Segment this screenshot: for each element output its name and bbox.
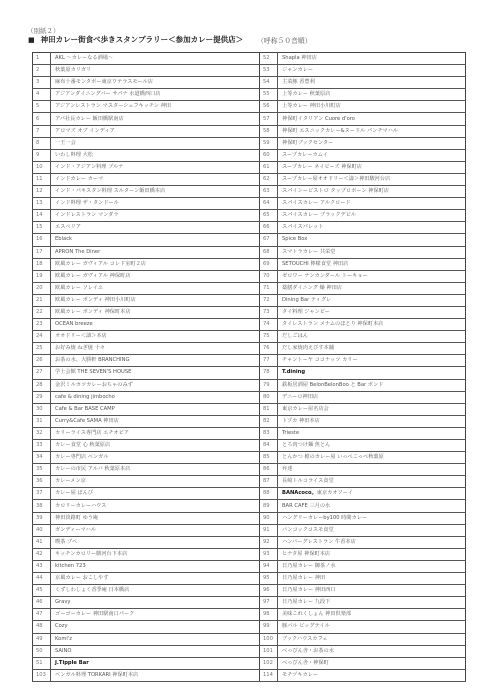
- table-row: 11インドカレー カーマ62スープカレー屋オオドリー＜濤＞神田駿河台店: [33, 173, 466, 185]
- shop-number-right: 74: [260, 319, 278, 331]
- table-row: 22欧風カレー ボンディ 神保町本店73タイ料理 ジャンピー: [33, 306, 466, 318]
- shop-name-left: インド・パキスタン料理 スルターン飯田橋本店: [51, 186, 260, 198]
- table-row: 17APRON The Diner68スマトラカレー 共栄堂: [33, 246, 466, 258]
- shop-name-right: 日乃屋カレー 御茶ノ水: [278, 560, 466, 572]
- shop-number-right: 63: [260, 186, 278, 198]
- table-row: 51J.Tipple Bar102べっぴん舎・神保町: [33, 657, 466, 669]
- shop-number-left: 23: [33, 319, 51, 331]
- shop-name-right: トプカ 神田本店: [278, 415, 466, 427]
- shop-number-left: 32: [33, 427, 51, 439]
- shop-number-right: 68: [260, 246, 278, 258]
- sort-note: （呼称５０音順）: [257, 35, 311, 45]
- shop-name-left: キッチンカロリー駿河台下本店: [51, 548, 260, 560]
- shop-number-left: 22: [33, 306, 51, 318]
- shop-name-left: オオドリー＜濤＞本店: [51, 331, 260, 343]
- shop-name-left: エスペリア: [51, 222, 260, 234]
- table-row: 39神田淡路町 ゆう庵90ハングリーカレーby100 時間カレー: [33, 512, 466, 524]
- shop-name-left: アロマズ オブ インディア: [51, 125, 260, 137]
- shop-number-left: 40: [33, 524, 51, 536]
- shop-name-right: T.dining: [278, 367, 466, 379]
- shop-name-left: Cafe & Bar BASE CAMP: [51, 403, 260, 415]
- shop-number-right: 81: [260, 403, 278, 415]
- shop-number-right: 82: [260, 415, 278, 427]
- shop-name-left: cafe & dining jimbocho: [51, 391, 260, 403]
- shop-name-left: 麻布十番モンタボー東京ワテラスモール店: [51, 77, 260, 89]
- shop-number-right: 88: [260, 488, 278, 500]
- shop-number-right: 92: [260, 536, 278, 548]
- table-row: 7アロマズ オブ インディア58神保町 エスニックカレー&ヌードル パンチマハル: [33, 125, 466, 137]
- shop-number-right: 87: [260, 476, 278, 488]
- shop-name-right: べっぴん舎・お茶の水: [278, 645, 466, 657]
- table-row: 1AKL 〜カレーなる酒場〜52Shapla 神田店: [33, 53, 466, 65]
- shop-name-right: スマトラカレー 共栄堂: [278, 246, 466, 258]
- shop-name-right: 美味これくしょん 神田倶楽部: [278, 609, 466, 621]
- shop-number-right: 60: [260, 149, 278, 161]
- shop-name-left: カレーの市民 アルバ 秋葉原本店: [51, 464, 260, 476]
- shop-name-right: バンコックコスモ食堂: [278, 524, 466, 536]
- table-row: 18欧風カレー ガヴィアル コレド室町２店69SETOUCHI 檸檬食堂 神田店: [33, 258, 466, 270]
- document-title: 神田カレー街食べ歩きスタンプラリー＜参加カレー提供店＞: [41, 34, 244, 45]
- shop-name-left: お好み焼 ねぎ焼 十々: [51, 343, 260, 355]
- shop-name-right: ブックハウスカフェ: [278, 633, 466, 645]
- shop-name-right: スパイシービストロ タップロボーン 神保町店: [278, 186, 466, 198]
- shop-number-left: 49: [33, 633, 51, 645]
- shop-name-right: チャントーヤ ココナッツ カリー: [278, 355, 466, 367]
- table-row: 34カレー専門店 ベンガル85とんかつ 檍のカレー屋 いっぺこっぺ秋葉原: [33, 452, 466, 464]
- shop-name-right: ヒナタ屋 神保町本店: [278, 548, 466, 560]
- shop-name-left: 欧風カレー ガヴィアル コレド室町２店: [51, 258, 260, 270]
- shop-name-right: だしごはん: [278, 331, 466, 343]
- table-row: 8一王一会59神保町ブックセンター: [33, 137, 466, 149]
- shop-name-right: モチヅキカレー: [278, 669, 466, 681]
- shop-name-left: アジアンダイニングバー サパナ 水道橋西口店: [51, 89, 260, 101]
- shop-number-left: 45: [33, 585, 51, 597]
- shop-name-left: インド・アジアン料理 プルナ: [51, 161, 260, 173]
- shop-number-left: 16: [33, 234, 51, 246]
- shop-name-right: スパイスパレット: [278, 222, 466, 234]
- shop-number-left: 19: [33, 270, 51, 282]
- shop-number-right: 98: [260, 609, 278, 621]
- shop-number-left: 26: [33, 355, 51, 367]
- shop-number-right: 55: [260, 89, 278, 101]
- shop-number-right: 102: [260, 657, 278, 669]
- shop-number-left: 103: [33, 669, 51, 681]
- shop-name-left: ゴーゴーカレー 神田駅南口パーク: [51, 609, 260, 621]
- shop-name-right: べっぴん舎・神保町: [278, 657, 466, 669]
- shop-number-right: 67: [260, 234, 278, 246]
- table-row: 48Cozy99豚バル ビッグテイル: [33, 621, 466, 633]
- shop-number-right: 91: [260, 524, 278, 536]
- shop-number-left: 18: [33, 258, 51, 270]
- shop-name-right: 薬膳ダイニング 燥 神田店: [278, 282, 466, 294]
- shop-number-right: 80: [260, 391, 278, 403]
- table-row: 16Eblack67Spice Box: [33, 234, 466, 246]
- shop-name-left: 欧風カレー ボンディ 神保町本店: [51, 306, 260, 318]
- shop-name-left: ベンガル料理 TORKARI 神保町本店: [51, 669, 260, 681]
- shop-name-left: お茶の水、大勝軒 BRANCHING: [51, 355, 260, 367]
- table-row: 38カロリーカレーハウス89BAR CAFE 三月の水: [33, 500, 466, 512]
- shop-name-right: 鉄板居酒屋 BelonBelonBoo と Bar ボンド: [278, 379, 466, 391]
- table-row: 3麻布十番モンタボー東京ワテラスモール店54主菜豚 香豊利: [33, 77, 466, 89]
- shop-number-right: 95: [260, 573, 278, 585]
- shop-number-left: 51: [33, 657, 51, 669]
- shop-number-left: 31: [33, 415, 51, 427]
- shop-name-right: ジャンカレー: [278, 65, 466, 77]
- shop-name-right: 日乃屋カレー 九段下: [278, 597, 466, 609]
- shop-name-left: Curry&Cafe SAMA 神田店: [51, 415, 260, 427]
- shop-name-right: だし家焼肉えびす本舗: [278, 343, 466, 355]
- table-row: 28金沢ミルカツカレーおちゃのみず79鉄板居酒屋 BelonBelonBoo と…: [33, 379, 466, 391]
- shop-name-left: OCEAN breeze: [51, 319, 260, 331]
- shop-number-right: 66: [260, 222, 278, 234]
- shop-number-right: 58: [260, 125, 278, 137]
- shop-name-right: 日乃屋カレー 神田: [278, 573, 466, 585]
- shop-number-left: 35: [33, 464, 51, 476]
- table-row: 26お茶の水、大勝軒 BRANCHING77チャントーヤ ココナッツ カリー: [33, 355, 466, 367]
- table-row: 50SAINO101べっぴん舎・お茶の水: [33, 645, 466, 657]
- shop-number-right: 114: [260, 669, 278, 681]
- shop-name-left: インドカレー カーマ: [51, 173, 260, 185]
- shop-number-right: 90: [260, 512, 278, 524]
- shop-name-right: スパイスカレー ブラックデビル: [278, 210, 466, 222]
- shop-number-right: 89: [260, 500, 278, 512]
- shop-number-left: 11: [33, 173, 51, 185]
- shop-number-left: 4: [33, 89, 51, 101]
- shop-number-right: 100: [260, 633, 278, 645]
- shop-name-left: 金沢ミルカツカレーおちゃのみず: [51, 379, 260, 391]
- shop-number-left: 10: [33, 161, 51, 173]
- table-row: 49Komi'z100ブックハウスカフェ: [33, 633, 466, 645]
- shop-number-left: 8: [33, 137, 51, 149]
- shop-name-left: カレー屋 ばんび: [51, 488, 260, 500]
- shop-number-right: 96: [260, 585, 278, 597]
- table-row: 19欧風カレー ガヴィアル 神保町店70ゼロワー ナンカンダール トーキョー: [33, 270, 466, 282]
- shop-number-left: 3: [33, 77, 51, 89]
- shop-number-left: 7: [33, 125, 51, 137]
- table-row: 4アジアンダイニングバー サパナ 水道橋西口店55上等カレー 秋葉原店: [33, 89, 466, 101]
- shop-number-left: 44: [33, 573, 51, 585]
- shop-name-right: ハングリーカレーby100 時間カレー: [278, 512, 466, 524]
- shop-number-right: 86: [260, 464, 278, 476]
- table-row: 5アジアンレストラン マスターシェフキッチン 神田56上等カレー 神田小川町店: [33, 101, 466, 113]
- shop-number-left: 14: [33, 210, 51, 222]
- shop-number-left: 17: [33, 246, 51, 258]
- shop-number-left: 30: [33, 403, 51, 415]
- table-row: 21欧風カレー ボンディ 神田小川町店72Dining Bar ティグレ: [33, 294, 466, 306]
- shop-number-left: 13: [33, 198, 51, 210]
- shop-number-right: 73: [260, 306, 278, 318]
- shop-name-left: カロリーカレーハウス: [51, 500, 260, 512]
- table-row: 27学士会館 THE SEVEN'S HOUSE78T.dining: [33, 367, 466, 379]
- shop-name-left: 一王一会: [51, 137, 260, 149]
- table-row: 35カレーの市民 アルバ 秋葉原本店86弁達: [33, 464, 466, 476]
- shop-name-left: いわし料理 大松: [51, 149, 260, 161]
- shop-number-left: 5: [33, 101, 51, 113]
- table-row: 15エスペリア66スパイスパレット: [33, 222, 466, 234]
- shop-number-right: 69: [260, 258, 278, 270]
- shop-name-left: 神田淡路町 ゆう庵: [51, 512, 260, 524]
- shop-number-right: 70: [260, 270, 278, 282]
- square-bullet-icon: ■: [28, 36, 35, 44]
- shop-name-right: 神保町イタリアン Cuore d'oro: [278, 113, 466, 125]
- shop-name-right: Trieste: [278, 427, 466, 439]
- shop-number-left: 24: [33, 331, 51, 343]
- table-row: 37カレー屋 ばんび88BANAcoco。東京カオソーイ: [33, 488, 466, 500]
- shop-name-right: 日乃屋カレー 神田西口: [278, 585, 466, 597]
- shop-number-left: 34: [33, 452, 51, 464]
- shop-name-right: 東京カレー屋名店会: [278, 403, 466, 415]
- table-row: 25お好み焼 ねぎ焼 十々76だし家焼肉えびす本舗: [33, 343, 466, 355]
- shop-name-right: 豚バル ビッグテイル: [278, 621, 466, 633]
- shop-name-right: Spice Box: [278, 234, 466, 246]
- shop-number-right: 59: [260, 137, 278, 149]
- table-row: 20欧風カレー ソレイユ71薬膳ダイニング 燥 神田店: [33, 282, 466, 294]
- shop-number-right: 54: [260, 77, 278, 89]
- shop-number-left: 6: [33, 113, 51, 125]
- shop-number-left: 47: [33, 609, 51, 621]
- shop-number-right: 84: [260, 440, 278, 452]
- shop-number-left: 37: [33, 488, 51, 500]
- table-row: 41喫茶 ブベ92ハンバーグレストラン 牛香本店: [33, 536, 466, 548]
- shop-number-right: 94: [260, 560, 278, 572]
- shop-name-right: とろ肉つけ麺 魚とん: [278, 440, 466, 452]
- shop-number-left: 2: [33, 65, 51, 77]
- shop-name-right: ゼロワー ナンカンダール トーキョー: [278, 270, 466, 282]
- shop-number-left: 42: [33, 548, 51, 560]
- table-row: 42キッチンカロリー駿河台下本店93ヒナタ屋 神保町本店: [33, 548, 466, 560]
- table-row: 13インド料理 ザ・タンドール64スパイスカレー アルクロード: [33, 198, 466, 210]
- shop-name-left: インドレストラン マンダラ: [51, 210, 260, 222]
- shop-name-left: 喫茶 ブベ: [51, 536, 260, 548]
- shop-number-left: 46: [33, 597, 51, 609]
- shop-name-left: アジアンレストラン マスターシェフキッチン 神田: [51, 101, 260, 113]
- shop-number-right: 71: [260, 282, 278, 294]
- table-row: 103ベンガル料理 TORKARI 神保町本店114モチヅキカレー: [33, 669, 466, 681]
- shop-number-right: 101: [260, 645, 278, 657]
- shop-name-right: スパイスカレー アルクロード: [278, 198, 466, 210]
- shop-name-left: 欧風カレー ソレイユ: [51, 282, 260, 294]
- participating-shops-table: 1AKL 〜カレーなる酒場〜52Shapla 神田店2秋葉原カリガリ53ジャンカ…: [32, 52, 466, 682]
- table-row: 32カリーライス専門店 エチオピア83Trieste: [33, 427, 466, 439]
- table-row: 45くずしわしょく香季庵 日本橋店96日乃屋カレー 神田西口: [33, 585, 466, 597]
- shop-name-right: とんかつ 檍のカレー屋 いっぺこっぺ秋葉原: [278, 452, 466, 464]
- shop-name-right: スープカレーカムイ: [278, 149, 466, 161]
- shop-name-left: カレー専門店 ベンガル: [51, 452, 260, 464]
- shop-name-right: Dining Bar ティグレ: [278, 294, 466, 306]
- shop-name-left: J.Tipple Bar: [51, 657, 260, 669]
- shop-name-left: ガンディーマハル: [51, 524, 260, 536]
- shop-number-left: 43: [33, 560, 51, 572]
- shop-number-right: 56: [260, 101, 278, 113]
- shop-name-right: スープカレー ネイビーズ 神保町店: [278, 161, 466, 173]
- shop-name-left: AKL 〜カレーなる酒場〜: [51, 53, 260, 65]
- shop-name-right: デニーロ神田店: [278, 391, 466, 403]
- shop-number-right: 77: [260, 355, 278, 367]
- table-row: 23OCEAN breeze74タイレストラン メナムのほとり 神保町本店: [33, 319, 466, 331]
- shop-name-left: 学士会館 THE SEVEN'S HOUSE: [51, 367, 260, 379]
- table-row: 47ゴーゴーカレー 神田駅南口パーク98美味これくしょん 神田倶楽部: [33, 609, 466, 621]
- shop-name-right: タイレストラン メナムのほとり 神保町本店: [278, 319, 466, 331]
- shop-name-right: BAR CAFE 三月の水: [278, 500, 466, 512]
- shop-number-left: 48: [33, 621, 51, 633]
- shop-number-left: 29: [33, 391, 51, 403]
- shop-name-left: アパ社長カレー 飯田橋駅南店: [51, 113, 260, 125]
- table-row: 29cafe & dining jimbocho80デニーロ神田店: [33, 391, 466, 403]
- shop-number-left: 15: [33, 222, 51, 234]
- shop-number-right: 52: [260, 53, 278, 65]
- shop-number-left: 9: [33, 149, 51, 161]
- table-row: 6アパ社長カレー 飯田橋駅南店57神保町イタリアン Cuore d'oro: [33, 113, 466, 125]
- shop-number-left: 20: [33, 282, 51, 294]
- shop-name-right: 主菜豚 香豊利: [278, 77, 466, 89]
- shop-number-left: 41: [33, 536, 51, 548]
- shop-number-left: 12: [33, 186, 51, 198]
- shop-number-right: 79: [260, 379, 278, 391]
- table-row: 10インド・アジアン料理 プルナ61スープカレー ネイビーズ 神保町店: [33, 161, 466, 173]
- shop-number-left: 27: [33, 367, 51, 379]
- shop-name-right: ハンバーグレストラン 牛香本店: [278, 536, 466, 548]
- shop-number-right: 76: [260, 343, 278, 355]
- shop-number-right: 53: [260, 65, 278, 77]
- document-heading: ■ 神田カレー街食べ歩きスタンプラリー＜参加カレー提供店＞ （呼称５０音順）: [28, 34, 312, 45]
- shop-name-left: 京風カレー おこしやす: [51, 573, 260, 585]
- shop-number-left: 50: [33, 645, 51, 657]
- shop-name-right: Shapla 神田店: [278, 53, 466, 65]
- shop-name-left: Gravy: [51, 597, 260, 609]
- shop-name-right: 上等カレー 神田小川町店: [278, 101, 466, 113]
- shop-name-right: タイ料理 ジャンピー: [278, 306, 466, 318]
- shop-number-right: 83: [260, 427, 278, 439]
- table-row: 44京風カレー おこしやす95日乃屋カレー 神田: [33, 573, 466, 585]
- table-row: 46Gravy97日乃屋カレー 九段下: [33, 597, 466, 609]
- shop-name-left: カレー食堂 心 秋葉原店: [51, 440, 260, 452]
- shop-name-right: BANAcoco。東京カオソーイ: [278, 488, 466, 500]
- shop-name-left: 欧風カレー ボンディ 神田小川町店: [51, 294, 260, 306]
- table-row: 33カレー食堂 心 秋葉原店84とろ肉つけ麺 魚とん: [33, 440, 466, 452]
- shop-name-right: 弁達: [278, 464, 466, 476]
- shop-name-left: kitchen 723: [51, 560, 260, 572]
- shop-number-right: 85: [260, 452, 278, 464]
- shop-number-right: 93: [260, 548, 278, 560]
- shop-name-left: SAINO: [51, 645, 260, 657]
- shop-name-left: カリーライス専門店 エチオピア: [51, 427, 260, 439]
- shop-name-right: SETOUCHI 檸檬食堂 神田店: [278, 258, 466, 270]
- shop-number-left: 33: [33, 440, 51, 452]
- table-row: 12インド・パキスタン料理 スルターン飯田橋本店63スパイシービストロ タップロ…: [33, 186, 466, 198]
- shop-number-left: 21: [33, 294, 51, 306]
- table-row: 24オオドリー＜濤＞本店75だしごはん: [33, 331, 466, 343]
- table-row: 36カレーメン京87長崎トルコライス食堂: [33, 476, 466, 488]
- table-row: 2秋葉原カリガリ53ジャンカレー: [33, 65, 466, 77]
- shop-number-left: 36: [33, 476, 51, 488]
- shop-number-left: 28: [33, 379, 51, 391]
- shop-name-left: くずしわしょく香季庵 日本橋店: [51, 585, 260, 597]
- shop-name-right: スープカレー屋オオドリー＜濤＞神田駿河台店: [278, 173, 466, 185]
- shop-number-left: 25: [33, 343, 51, 355]
- table-row: 30Cafe & Bar BASE CAMP81東京カレー屋名店会: [33, 403, 466, 415]
- table-row: 9いわし料理 大松60スープカレーカムイ: [33, 149, 466, 161]
- shop-name-right: 神保町 エスニックカレー&ヌードル パンチマハル: [278, 125, 466, 137]
- shop-number-right: 99: [260, 621, 278, 633]
- shop-name-left: APRON The Diner: [51, 246, 260, 258]
- table-row: 31Curry&Cafe SAMA 神田店82トプカ 神田本店: [33, 415, 466, 427]
- shop-name-right: 長崎トルコライス食堂: [278, 476, 466, 488]
- table-row: 14インドレストラン マンダラ65スパイスカレー ブラックデビル: [33, 210, 466, 222]
- shop-number-right: 75: [260, 331, 278, 343]
- table-row: 40ガンディーマハル91バンコックコスモ食堂: [33, 524, 466, 536]
- shop-name-left: 秋葉原カリガリ: [51, 65, 260, 77]
- shop-number-right: 72: [260, 294, 278, 306]
- shop-number-right: 78: [260, 367, 278, 379]
- shop-name-left: カレーメン京: [51, 476, 260, 488]
- shop-number-right: 64: [260, 198, 278, 210]
- shop-name-right: 神保町ブックセンター: [278, 137, 466, 149]
- table-row: 43kitchen 72394日乃屋カレー 御茶ノ水: [33, 560, 466, 572]
- shop-number-right: 65: [260, 210, 278, 222]
- shop-number-right: 57: [260, 113, 278, 125]
- shop-number-right: 97: [260, 597, 278, 609]
- shop-name-left: 欧風カレー ガヴィアル 神保町店: [51, 270, 260, 282]
- shop-number-right: 62: [260, 173, 278, 185]
- shop-name-left: インド料理 ザ・タンドール: [51, 198, 260, 210]
- shop-name-left: Eblack: [51, 234, 260, 246]
- shop-number-left: 39: [33, 512, 51, 524]
- shop-number-right: 61: [260, 161, 278, 173]
- shop-name-left: Komi'z: [51, 633, 260, 645]
- shop-name-left: Cozy: [51, 621, 260, 633]
- shop-name-right: 上等カレー 秋葉原店: [278, 89, 466, 101]
- shop-number-left: 1: [33, 53, 51, 65]
- shop-number-left: 38: [33, 500, 51, 512]
